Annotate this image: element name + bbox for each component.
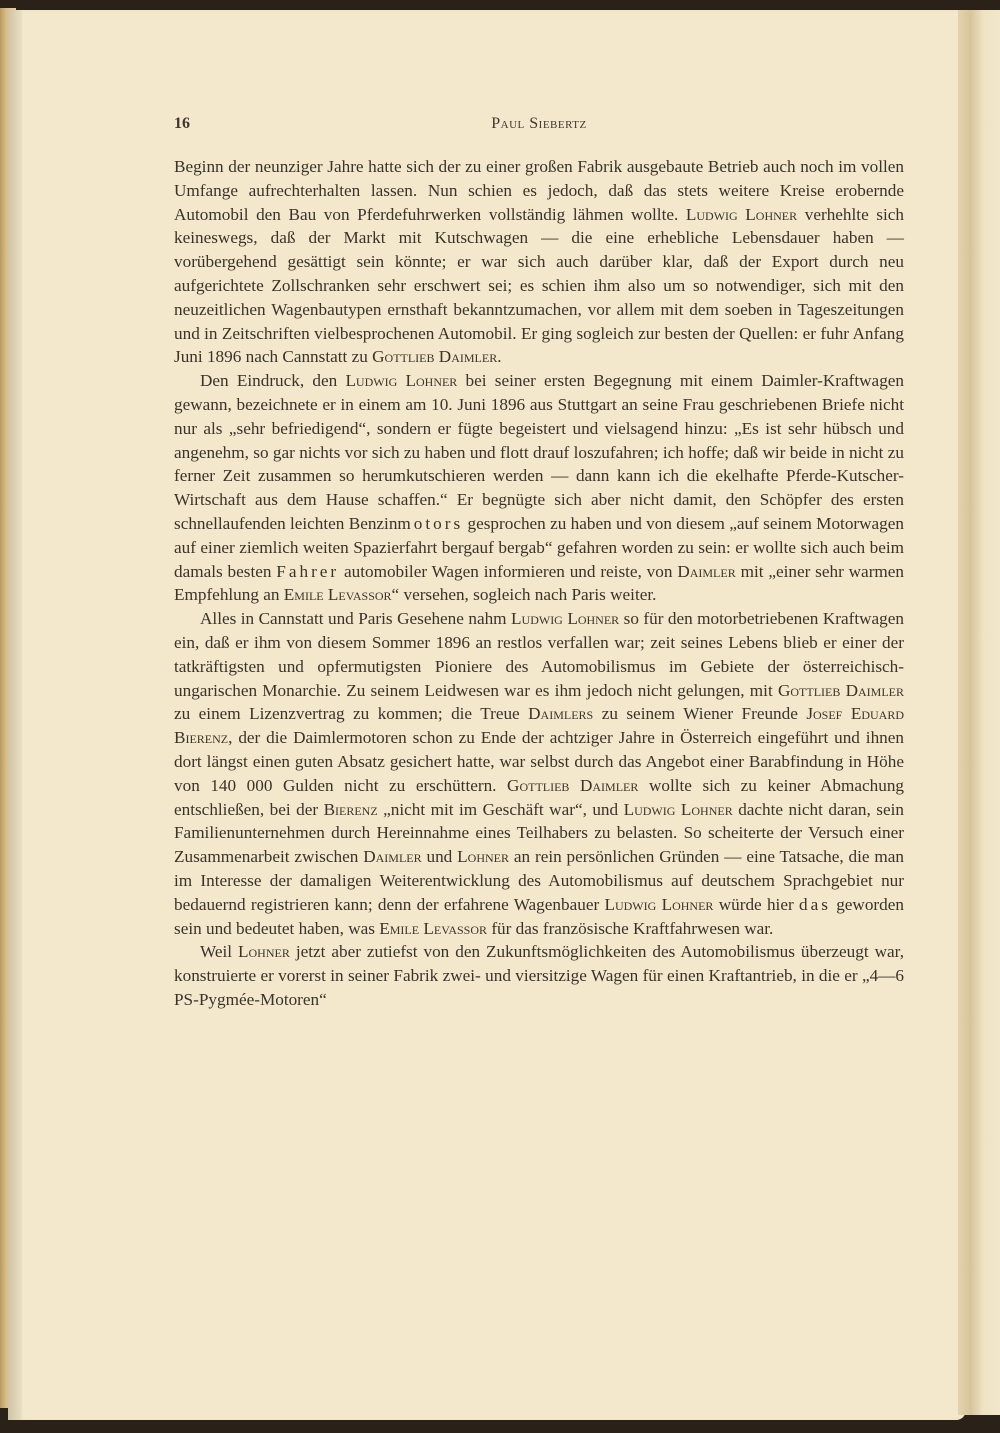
proper-name: Ludwig Lohner xyxy=(624,800,733,819)
proper-name: Emile Levassor xyxy=(379,919,487,938)
proper-name: Emile Levassor xyxy=(284,585,392,604)
page-header: 16 Paul Siebertz xyxy=(174,115,904,139)
text-run: zu einem Lizenzvertrag zu kommen; die Tr… xyxy=(174,704,528,723)
text-run: „nicht mit im Geschäft war“, und xyxy=(378,800,624,819)
emphasis: Fahrer xyxy=(276,562,339,581)
proper-name: Ludwig Lohner xyxy=(511,609,619,628)
text-run: automobiler Wagen informieren und reiste… xyxy=(339,562,677,581)
paragraph: Beginn der neunziger Jahre hatte sich de… xyxy=(174,155,904,369)
running-head: Paul Siebertz xyxy=(174,115,904,133)
emphasis: das xyxy=(799,895,831,914)
text-run: “ versehen, sogleich nach Paris weiter. xyxy=(392,585,657,604)
proper-name: Lohner xyxy=(457,847,509,866)
text-run: verhehlte sich keineswegs, daß der Markt… xyxy=(174,205,904,367)
proper-name: Gottlieb Daimler xyxy=(372,347,497,366)
proper-name: Bierenz xyxy=(324,800,378,819)
text-run: bei seiner ersten Begegnung mit einem Da… xyxy=(174,371,904,533)
text-run: zu seinem Wiener Freunde xyxy=(593,704,806,723)
proper-name: Daimler xyxy=(363,847,421,866)
paragraph: Weil Lohner jetzt aber zutiefst von den … xyxy=(174,940,904,1011)
proper-name: Daimlers xyxy=(528,704,593,723)
text-run: Den Eindruck, den xyxy=(200,371,345,390)
proper-name: Ludwig Lohner xyxy=(345,371,457,390)
text-run: für das französische Kraftfahrwesen war. xyxy=(487,919,773,938)
body-text: Beginn der neunziger Jahre hatte sich de… xyxy=(174,155,904,1012)
proper-name: Daimler xyxy=(677,562,735,581)
proper-name: Ludwig Lohner xyxy=(604,895,713,914)
proper-name: Lohner xyxy=(238,942,290,961)
text-run: Weil xyxy=(200,942,238,961)
text-run: . xyxy=(497,347,501,366)
text-run: würde hier xyxy=(713,895,799,914)
paragraph: Den Eindruck, den Ludwig Lohner bei sein… xyxy=(174,369,904,607)
text-run: und xyxy=(422,847,458,866)
proper-name: Gottlieb Daimler xyxy=(778,681,904,700)
text-run: Alles in Cannstatt und Paris Gesehene na… xyxy=(200,609,511,628)
emphasis: motors xyxy=(397,514,463,533)
paragraph: Alles in Cannstatt und Paris Gesehene na… xyxy=(174,607,904,940)
proper-name: Gottlieb Daimler xyxy=(507,776,638,795)
next-page-edge xyxy=(958,10,1000,1415)
page-gutter-shadow xyxy=(8,10,22,1420)
proper-name: Ludwig Lohner xyxy=(686,205,797,224)
